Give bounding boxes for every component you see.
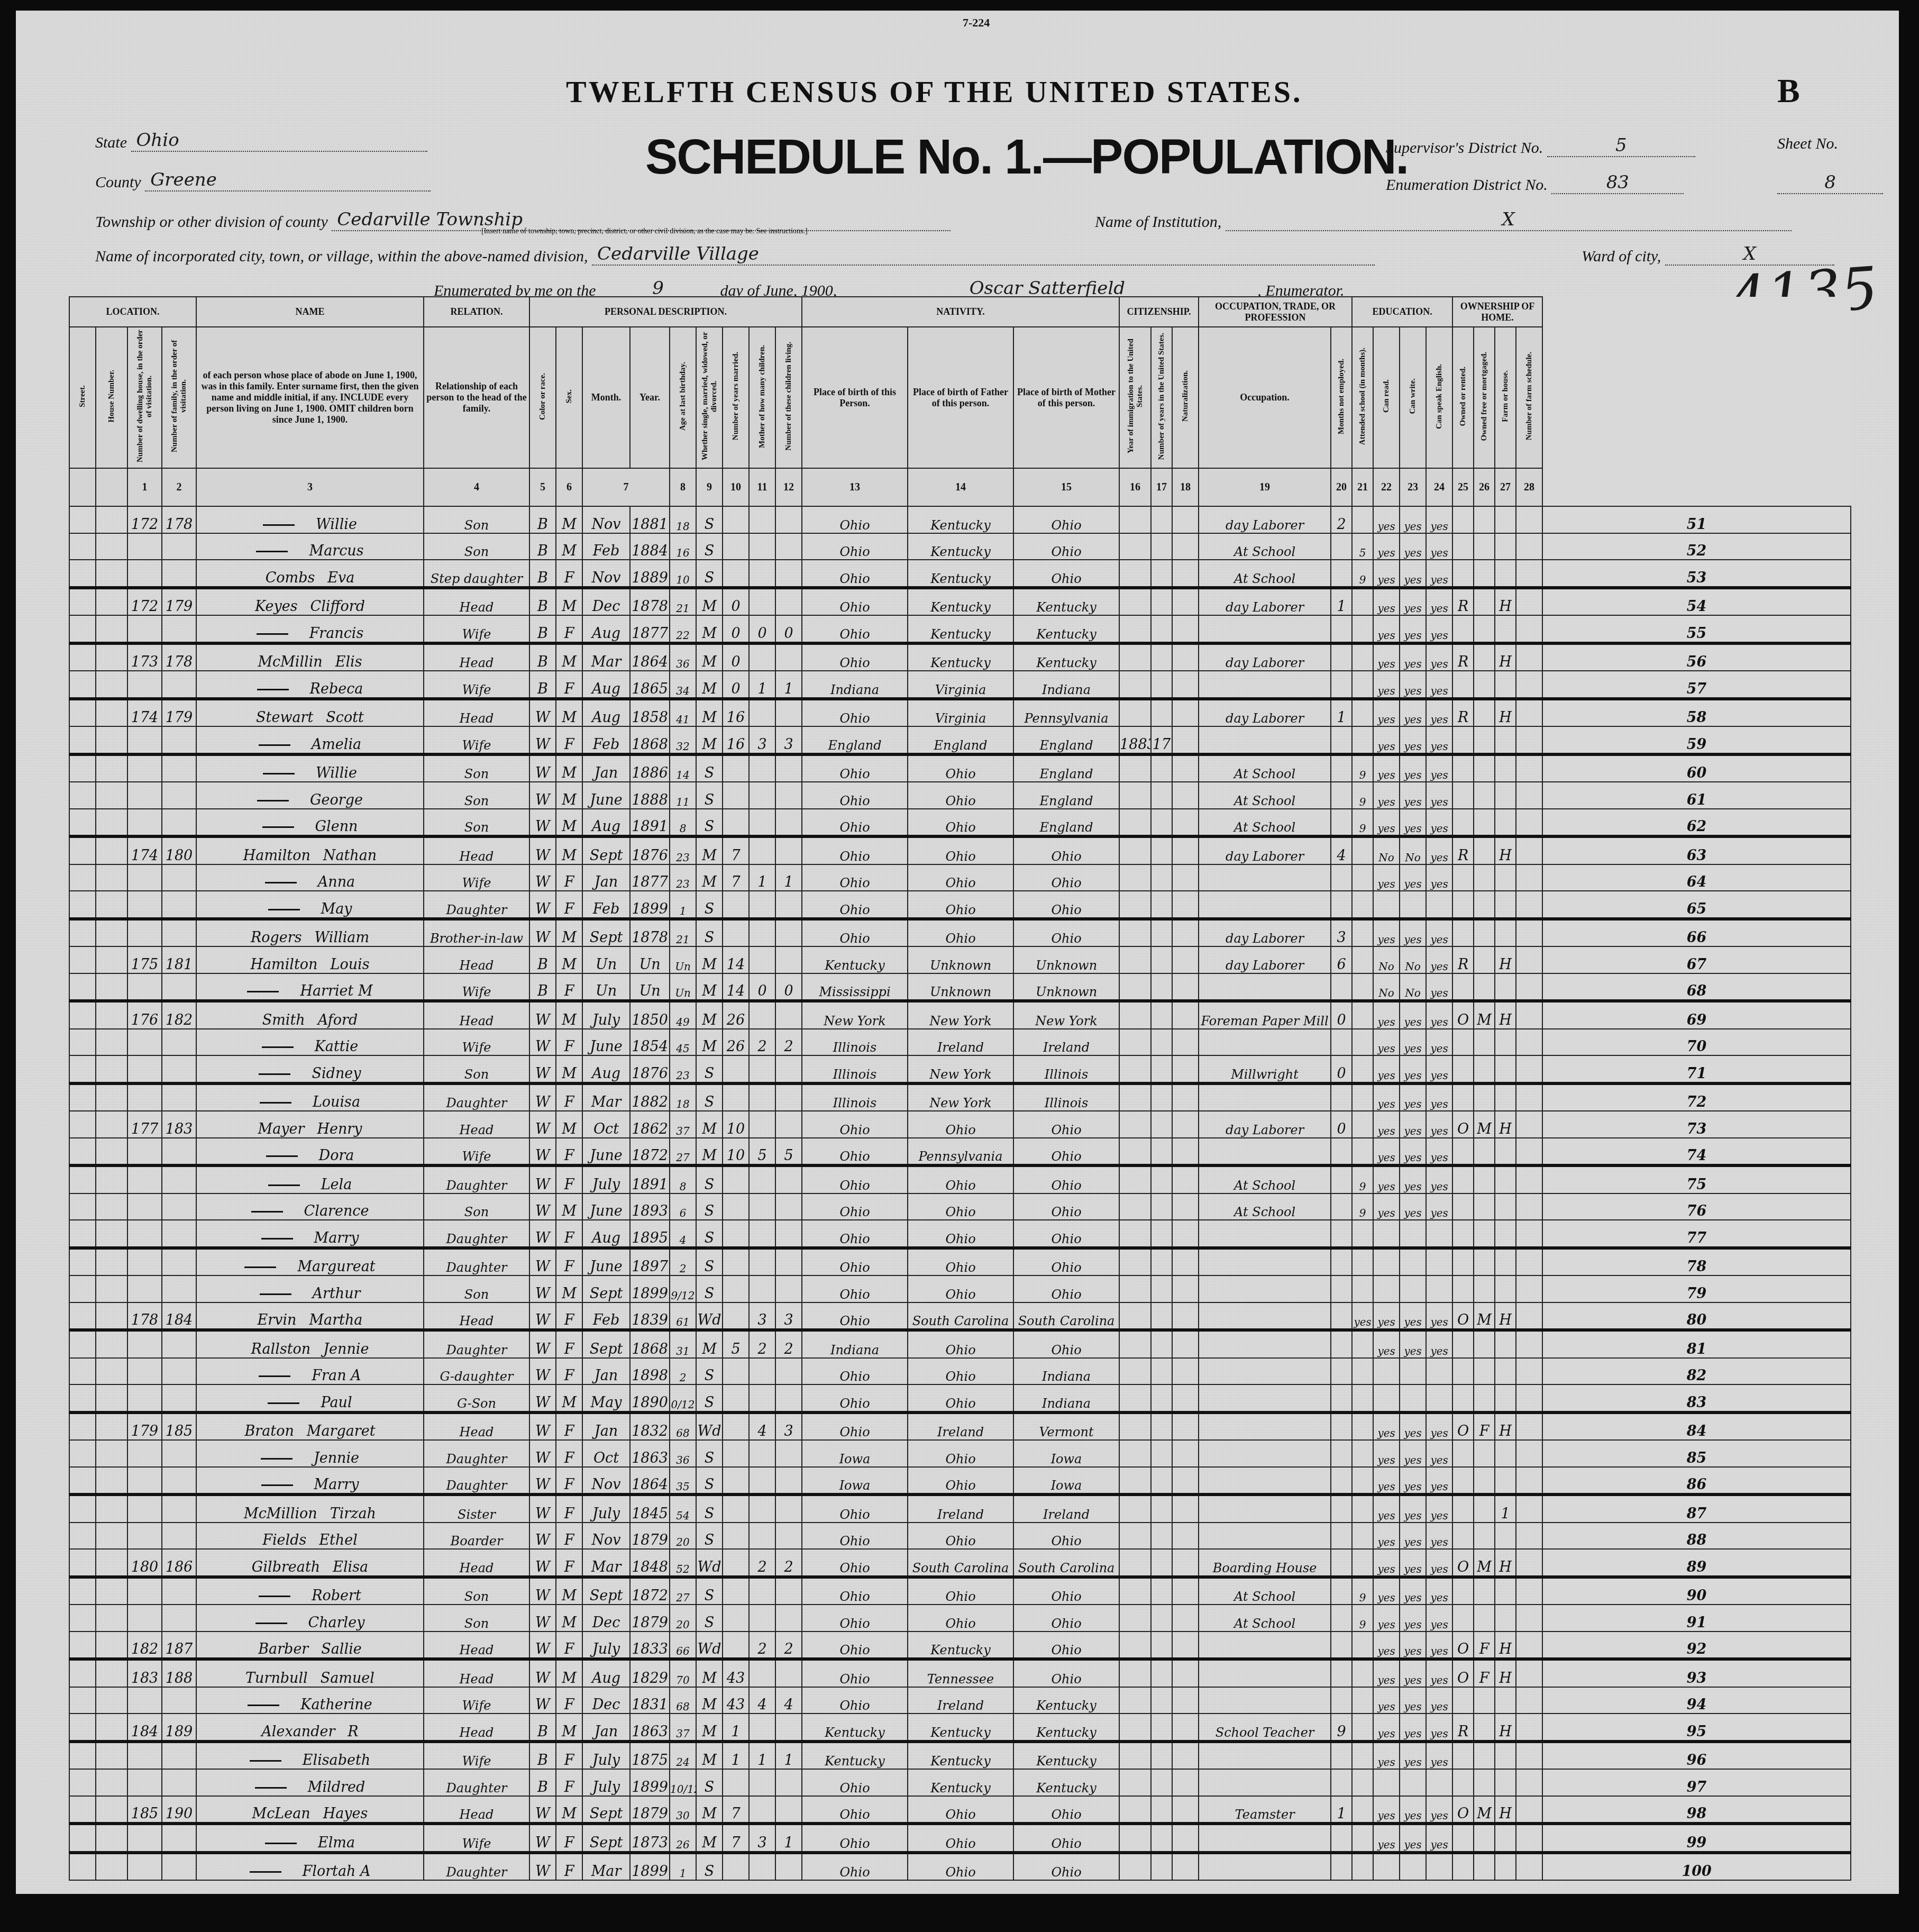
months-unemployed-cell [1331, 1302, 1352, 1330]
birth-year-cell: 1891 [630, 1165, 670, 1193]
can-speak-english-cell: yes [1426, 836, 1452, 864]
months-unemployed-cell [1331, 1605, 1352, 1632]
birth-year-cell: 1888 [630, 782, 670, 809]
street-cell [69, 726, 96, 754]
marital-status-cell: M [696, 615, 723, 643]
birthplace-mother-cell: Ohio [1013, 506, 1119, 533]
birthplace-person-cell: Ohio [802, 699, 908, 727]
given-name: Charley [308, 1615, 365, 1631]
attended-school-cell [1352, 588, 1373, 616]
farm-schedule-cell [1516, 1769, 1542, 1796]
mother-of-cell [749, 1853, 775, 1881]
immigration-year-cell [1119, 1412, 1151, 1441]
owned-rented-cell: R [1452, 643, 1474, 671]
given-name: Katherine [300, 1697, 372, 1713]
birth-year-cell: 1886 [630, 754, 670, 782]
relation-cell: Wife [424, 1029, 529, 1056]
naturalization-cell [1172, 1055, 1199, 1083]
sex-cell: F [556, 1769, 582, 1796]
name-cell: Anna [196, 864, 424, 891]
years-married-cell: 10 [723, 1138, 749, 1166]
name-cell: Elma [196, 1824, 424, 1853]
age-cell: 27 [670, 1577, 696, 1605]
birthplace-father-cell: Unknown [908, 973, 1013, 1001]
house-number-cell [96, 1330, 127, 1358]
years-married-cell [723, 1302, 749, 1330]
line-number: 54 [1542, 588, 1851, 616]
birthplace-father-cell: Unknown [908, 946, 1013, 973]
mother-of-cell [749, 1248, 775, 1276]
years-in-us-cell [1151, 973, 1172, 1001]
table-row: KattieWifeWFJune185445M2622IllinoisIrela… [69, 1029, 1851, 1056]
immigration-year-cell [1119, 946, 1151, 973]
occupation-cell: Boarding House [1199, 1549, 1331, 1577]
birth-year-cell: Un [630, 973, 670, 1001]
years-married-cell [723, 1055, 749, 1083]
children-living-cell [775, 891, 802, 919]
farm-house-cell [1495, 1769, 1516, 1796]
line-number: 60 [1542, 754, 1851, 782]
house-number-cell [96, 1659, 127, 1687]
line-number: 53 [1542, 560, 1851, 588]
owned-rented-cell [1452, 1467, 1474, 1495]
naturalization-cell [1172, 560, 1199, 588]
col-birth-month: Month. [582, 327, 630, 468]
can-write-cell: No [1400, 973, 1426, 1001]
attended-school-cell [1352, 726, 1373, 754]
family-number-cell [162, 1029, 196, 1056]
birthplace-person-cell: Illinois [802, 1083, 908, 1111]
attended-school-cell [1352, 1220, 1373, 1248]
attended-school-cell [1352, 1358, 1373, 1385]
can-speak-english-cell: yes [1426, 1083, 1452, 1111]
occupation-cell [1199, 891, 1331, 919]
birthplace-father-cell: Ohio [908, 1796, 1013, 1824]
col-farm-schedule: Number of farm schedule. [1516, 327, 1542, 468]
occupation-cell: Millwright [1199, 1055, 1331, 1083]
sex-cell: M [556, 533, 582, 560]
birthplace-person-cell: Ohio [802, 1412, 908, 1441]
farm-schedule-cell [1516, 973, 1542, 1001]
farm-schedule-cell [1516, 1659, 1542, 1687]
color-cell: W [529, 864, 556, 891]
birth-month-cell: Feb [582, 891, 630, 919]
given-name: Jennie [314, 1450, 359, 1466]
family-number-cell [162, 1523, 196, 1550]
street-cell [69, 1687, 96, 1714]
birthplace-father-cell: Ohio [908, 1220, 1013, 1248]
occupation-cell [1199, 1742, 1331, 1770]
birth-month-cell: July [582, 1632, 630, 1660]
years-in-us-cell [1151, 1467, 1172, 1495]
surname: Keyes [255, 598, 298, 615]
farm-schedule-cell [1516, 1248, 1542, 1276]
farm-house-cell: H [1495, 946, 1516, 973]
can-speak-english-cell: yes [1426, 1111, 1452, 1138]
mother-of-cell [749, 1796, 775, 1824]
marital-status-cell: M [696, 1796, 723, 1824]
attended-school-cell [1352, 1275, 1373, 1302]
given-name: Jennie [323, 1341, 369, 1357]
owned-rented-cell [1452, 809, 1474, 837]
sex-cell: F [556, 1632, 582, 1660]
attended-school-cell [1352, 1248, 1373, 1276]
children-living-cell [775, 699, 802, 727]
family-number-cell: 188 [162, 1659, 196, 1687]
col-age: Age at last birthday. [670, 327, 696, 468]
can-write-cell: yes [1400, 1824, 1426, 1853]
same-surname-dash [255, 1623, 287, 1624]
can-read-cell: yes [1373, 1412, 1400, 1441]
free-mortgaged-cell: M [1474, 1001, 1495, 1029]
name-cell: Sidney [196, 1055, 424, 1083]
table-row: ElmaWifeWFSept187326M731OhioOhioOhioyesy… [69, 1824, 1851, 1853]
years-married-cell [723, 919, 749, 947]
birth-month-cell: Dec [582, 1687, 630, 1714]
attended-school-cell [1352, 699, 1373, 727]
birthplace-father-cell: New York [908, 1083, 1013, 1111]
line-number: 65 [1542, 891, 1851, 919]
house-number-cell [96, 1714, 127, 1742]
same-surname-dash [259, 1596, 290, 1597]
farm-schedule-cell [1516, 1494, 1542, 1523]
years-married-cell: 14 [723, 946, 749, 973]
years-in-us-cell [1151, 809, 1172, 837]
col-birthplace-father: Place of birth of Father of this person. [908, 327, 1013, 468]
mother-of-cell: 2 [749, 1029, 775, 1056]
same-surname-dash [268, 1184, 300, 1186]
birth-month-cell: Feb [582, 726, 630, 754]
color-cell: W [529, 809, 556, 837]
naturalization-cell [1172, 699, 1199, 727]
family-number-cell [162, 1605, 196, 1632]
census-table: LOCATION. NAME RELATION. PERSONAL DESCRI… [69, 296, 1851, 1881]
birthplace-person-cell: Ohio [802, 1659, 908, 1687]
given-name: William [315, 929, 370, 946]
immigration-year-cell [1119, 560, 1151, 588]
can-read-cell: yes [1373, 1824, 1400, 1853]
surname: Rogers [251, 929, 302, 946]
can-speak-english-cell: yes [1426, 615, 1452, 643]
column-number: 16 [1119, 468, 1151, 506]
relation-cell: Daughter [424, 1467, 529, 1495]
children-living-cell [775, 1853, 802, 1881]
marital-status-cell: M [696, 1714, 723, 1742]
farm-schedule-cell [1516, 1577, 1542, 1605]
years-married-cell: 7 [723, 1796, 749, 1824]
naturalization-cell [1172, 864, 1199, 891]
street-cell [69, 699, 96, 727]
years-in-us-cell [1151, 1632, 1172, 1660]
can-write-cell: yes [1400, 1796, 1426, 1824]
years-married-cell [723, 782, 749, 809]
free-mortgaged-cell [1474, 1275, 1495, 1302]
given-name: Louisa [313, 1094, 360, 1110]
can-speak-english-cell: yes [1426, 1523, 1452, 1550]
sex-cell: F [556, 560, 582, 588]
house-number-cell [96, 1358, 127, 1385]
years-in-us-cell [1151, 1605, 1172, 1632]
years-in-us-cell [1151, 1220, 1172, 1248]
birthplace-person-cell: Ohio [802, 754, 908, 782]
can-read-cell: yes [1373, 615, 1400, 643]
months-unemployed-cell [1331, 864, 1352, 891]
birthplace-person-cell: Ohio [802, 1605, 908, 1632]
color-cell: W [529, 1248, 556, 1276]
farm-schedule-cell [1516, 1111, 1542, 1138]
same-surname-dash [250, 1871, 281, 1873]
farm-schedule-cell [1516, 1275, 1542, 1302]
occupation-cell: day Laborer [1199, 946, 1331, 973]
children-living-cell [775, 643, 802, 671]
mother-of-cell [749, 1440, 775, 1467]
years-married-cell [723, 1549, 749, 1577]
naturalization-cell [1172, 671, 1199, 699]
birthplace-father-cell: Kentucky [908, 506, 1013, 533]
birth-month-cell: Dec [582, 1605, 630, 1632]
mother-of-cell [749, 1659, 775, 1687]
years-in-us-cell [1151, 782, 1172, 809]
dwelling-number-cell [127, 809, 162, 837]
years-married-cell [723, 1494, 749, 1523]
mother-of-cell [749, 588, 775, 616]
farm-house-cell [1495, 891, 1516, 919]
farm-house-cell [1495, 533, 1516, 560]
line-number: 63 [1542, 836, 1851, 864]
months-unemployed-cell: 1 [1331, 588, 1352, 616]
line-number: 100 [1542, 1853, 1851, 1881]
name-cell: Flortah A [196, 1853, 424, 1881]
children-living-cell [775, 1605, 802, 1632]
dwelling-number-cell [127, 1467, 162, 1495]
sex-cell: F [556, 1523, 582, 1550]
farm-schedule-cell [1516, 1083, 1542, 1111]
house-number-cell [96, 1029, 127, 1056]
family-number-cell: 178 [162, 643, 196, 671]
owned-rented-cell [1452, 1494, 1474, 1523]
same-surname-dash [268, 1402, 299, 1404]
relation-cell: Son [424, 1577, 529, 1605]
name-cell: Marry [196, 1467, 424, 1495]
farm-house-cell [1495, 1467, 1516, 1495]
birthplace-person-cell: Kentucky [802, 946, 908, 973]
given-name: Marry [314, 1230, 359, 1246]
immigration-year-cell [1119, 1029, 1151, 1056]
children-living-cell: 4 [775, 1687, 802, 1714]
marital-status-cell: S [696, 1220, 723, 1248]
given-name: Henry [317, 1121, 362, 1137]
birthplace-person-cell: Ohio [802, 1302, 908, 1330]
sex-cell: F [556, 1302, 582, 1330]
owned-rented-cell [1452, 726, 1474, 754]
owned-rented-cell: R [1452, 946, 1474, 973]
months-unemployed-cell: 4 [1331, 836, 1352, 864]
birth-month-cell: Sept [582, 1330, 630, 1358]
can-speak-english-cell: yes [1426, 809, 1452, 837]
farm-house-cell [1495, 1083, 1516, 1111]
can-write-cell: yes [1400, 671, 1426, 699]
months-unemployed-cell [1331, 1412, 1352, 1441]
table-row: MarcusSonBMFeb188416SOhioKentuckyOhioAt … [69, 533, 1851, 560]
given-name: Lela [321, 1177, 352, 1193]
years-in-us-cell [1151, 615, 1172, 643]
age-cell: 1 [670, 1853, 696, 1881]
free-mortgaged-cell [1474, 1687, 1495, 1714]
birthplace-person-cell: Ohio [802, 560, 908, 588]
birth-year-cell: 1879 [630, 1523, 670, 1550]
birth-month-cell: Aug [582, 699, 630, 727]
can-read-cell: yes [1373, 726, 1400, 754]
line-number: 61 [1542, 782, 1851, 809]
birth-year-cell: 1898 [630, 1358, 670, 1385]
line-number: 95 [1542, 1714, 1851, 1742]
children-living-cell [775, 1248, 802, 1276]
farm-house-cell [1495, 1853, 1516, 1881]
surname: Stewart [256, 709, 313, 726]
birthplace-mother-cell: Ohio [1013, 1248, 1119, 1276]
immigration-year-cell [1119, 1467, 1151, 1495]
house-number-cell [96, 615, 127, 643]
birthplace-person-cell: Illinois [802, 1055, 908, 1083]
farm-house-cell: H [1495, 588, 1516, 616]
mother-of-cell [749, 919, 775, 947]
name-cell: Charley [196, 1605, 424, 1632]
col-dwelling-number: Number of dwelling house, in the order o… [127, 327, 162, 468]
mother-of-cell: 0 [749, 973, 775, 1001]
birthplace-father-cell: New York [908, 1055, 1013, 1083]
birth-month-cell: Oct [582, 1440, 630, 1467]
birthplace-father-cell: Ohio [908, 1111, 1013, 1138]
occupation-cell: day Laborer [1199, 1111, 1331, 1138]
birthplace-mother-cell: South Carolina [1013, 1302, 1119, 1330]
birth-month-cell: Jan [582, 1412, 630, 1441]
age-cell: 27 [670, 1138, 696, 1166]
header-occupation: OCCUPATION, TRADE, OR PROFESSION [1199, 297, 1352, 327]
birthplace-father-cell: Ohio [908, 809, 1013, 837]
given-name: Paul [321, 1395, 352, 1411]
family-number-cell [162, 1275, 196, 1302]
dwelling-number-cell [127, 891, 162, 919]
birthplace-father-cell: Ohio [908, 1330, 1013, 1358]
relation-cell: Wife [424, 973, 529, 1001]
children-living-cell [775, 1494, 802, 1523]
line-number: 87 [1542, 1494, 1851, 1523]
family-number-cell [162, 1440, 196, 1467]
naturalization-cell [1172, 1632, 1199, 1660]
street-cell [69, 754, 96, 782]
table-row: 173178McMillinElisHeadBMMar186436M0OhioK… [69, 643, 1851, 671]
immigration-year-cell [1119, 864, 1151, 891]
line-number: 79 [1542, 1275, 1851, 1302]
immigration-year-cell [1119, 1769, 1151, 1796]
attended-school-cell [1352, 1853, 1373, 1881]
children-living-cell [775, 1523, 802, 1550]
years-married-cell: 16 [723, 726, 749, 754]
birth-year-cell: 1864 [630, 1467, 670, 1495]
owned-rented-cell [1452, 1769, 1474, 1796]
can-speak-english-cell [1426, 891, 1452, 919]
years-married-cell: 43 [723, 1687, 749, 1714]
children-living-cell [775, 809, 802, 837]
years-married-cell [723, 533, 749, 560]
dwelling-number-cell [127, 754, 162, 782]
surname: Alexander [261, 1724, 335, 1740]
name-cell: RogersWilliam [196, 919, 424, 947]
birthplace-person-cell: Iowa [802, 1467, 908, 1495]
birth-year-cell: 1854 [630, 1029, 670, 1056]
can-read-cell: yes [1373, 809, 1400, 837]
can-read-cell: yes [1373, 588, 1400, 616]
birth-month-cell: Sept [582, 1796, 630, 1824]
relation-cell: Head [424, 836, 529, 864]
can-speak-english-cell: yes [1426, 1549, 1452, 1577]
months-unemployed-cell [1331, 1165, 1352, 1193]
birthplace-father-cell: Ohio [908, 1440, 1013, 1467]
same-surname-dash [250, 1760, 281, 1762]
sex-cell: F [556, 973, 582, 1001]
can-read-cell [1373, 1358, 1400, 1385]
can-write-cell: yes [1400, 1165, 1426, 1193]
birthplace-mother-cell: Ohio [1013, 1165, 1119, 1193]
naturalization-cell [1172, 506, 1199, 533]
relation-cell: Son [424, 809, 529, 837]
surname: Mayer [258, 1121, 305, 1137]
birthplace-mother-cell: Ohio [1013, 1111, 1119, 1138]
owned-rented-cell [1452, 560, 1474, 588]
occupation-cell [1199, 1412, 1331, 1441]
age-cell: 0/12 [670, 1384, 696, 1412]
relation-cell: Head [424, 1549, 529, 1577]
free-mortgaged-cell [1474, 1055, 1495, 1083]
column-number: 15 [1013, 468, 1119, 506]
birth-year-cell: 1832 [630, 1412, 670, 1441]
line-number: 82 [1542, 1358, 1851, 1385]
birthplace-mother-cell: Unknown [1013, 973, 1119, 1001]
naturalization-cell [1172, 1824, 1199, 1853]
line-number: 99 [1542, 1824, 1851, 1853]
birthplace-mother-cell: Ohio [1013, 560, 1119, 588]
surname: McMillion [244, 1506, 317, 1522]
birth-year-cell: 1899 [630, 891, 670, 919]
occupation-cell [1199, 1440, 1331, 1467]
years-married-cell [723, 1083, 749, 1111]
free-mortgaged-cell [1474, 1193, 1495, 1220]
owned-rented-cell: O [1452, 1659, 1474, 1687]
can-read-cell [1373, 1384, 1400, 1412]
age-cell: 18 [670, 1083, 696, 1111]
immigration-year-cell [1119, 1001, 1151, 1029]
free-mortgaged-cell: M [1474, 1111, 1495, 1138]
family-number-cell: 184 [162, 1302, 196, 1330]
farm-schedule-cell [1516, 506, 1542, 533]
family-number-cell: 186 [162, 1549, 196, 1577]
years-in-us-cell [1151, 836, 1172, 864]
years-in-us-cell [1151, 1358, 1172, 1385]
occupation-cell: Teamster [1199, 1796, 1331, 1824]
township-value: Cedarville Township [337, 209, 523, 230]
birthplace-father-cell: Kentucky [908, 533, 1013, 560]
family-number-cell [162, 973, 196, 1001]
street-cell [69, 836, 96, 864]
surname: Hamilton [243, 847, 310, 864]
birthplace-mother-cell: Iowa [1013, 1440, 1119, 1467]
dwelling-number-cell [127, 1440, 162, 1467]
dwelling-number-cell [127, 1824, 162, 1853]
years-in-us-cell [1151, 1083, 1172, 1111]
attended-school-cell: yes [1352, 1302, 1373, 1330]
col-can-write: Can write. [1400, 327, 1426, 468]
can-speak-english-cell: yes [1426, 1165, 1452, 1193]
